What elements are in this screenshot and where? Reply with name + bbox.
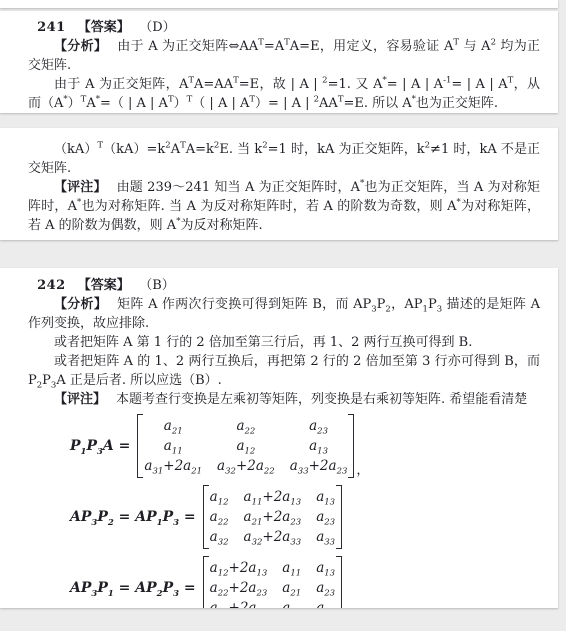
solution-242-card: 242【答案】（B） 【分析】矩阵 A 作两次行变换可得到矩阵 B，而 AP3P…: [0, 268, 558, 608]
matrix-cell: a31+2a21: [144, 456, 202, 476]
equation-p1p3a: P1P3A = a21 a22 a23 a11 a12 a13 a31+2a21…: [70, 414, 540, 478]
matrix-cell: a11: [282, 558, 301, 578]
matrix-cell: a32+2a33: [210, 598, 268, 608]
matrix-cell: a32+2a22: [217, 456, 275, 476]
analysis-label-242: 【分析】: [54, 297, 107, 312]
matrix-cell: a23: [316, 507, 335, 527]
previous-card-edge: [0, 0, 558, 8]
matrix-cell: a12: [210, 487, 229, 507]
analysis-242-paragraph-1: 【分析】矩阵 A 作两次行变换可得到矩阵 B，而 AP3P2，AP1P3 描述的…: [28, 295, 540, 333]
analysis-241-text-2: 由于 A 为正交矩阵，ATA=AAT=E，故 | A | 2=1. 又 A*= …: [28, 77, 540, 111]
equation-2-lhs: AP3P2 = AP1P3 =: [70, 509, 196, 525]
matrix-cell: a33+2a23: [290, 456, 348, 476]
equation-1-lhs: P1P3A =: [70, 438, 130, 454]
matrix-cell: a13: [316, 487, 335, 507]
analysis-241-paragraph-1: 【分析】由于 A 为正交矩阵⇔AAT=ATA=E，用定义，容易验证 AT 与 A…: [28, 37, 540, 75]
remark-label-241: 【评注】: [54, 180, 107, 195]
solution-241-header: 241【答案】（D）: [28, 18, 540, 37]
solution-242-header: 242【答案】（B）: [28, 276, 540, 295]
analysis-242-paragraph-2: 或者把矩阵 A 第 1 行的 2 倍加至第三行后，再 1、2 两行互换可得到 B…: [28, 333, 540, 352]
analysis-241-paragraph-2: 由于 A 为正交矩阵，ATA=AAT=E，故 | A | 2=1. 又 A*= …: [28, 75, 540, 113]
analysis-242-text-2: 或者把矩阵 A 第 1 行的 2 倍加至第三行后，再 1、2 两行互换可得到 B…: [54, 335, 472, 350]
matrix-cell: a12+2a13: [210, 558, 268, 578]
answer-label-242: 【答案】: [78, 278, 130, 293]
remark-242-text: 本题考查行变换是左乘初等矩阵，列变换是右乘初等矩阵. 希望能看清楚: [116, 392, 527, 407]
answer-value-242: （B）: [146, 278, 175, 293]
matrix-cell: a21: [282, 578, 301, 598]
equation-3-lhs: AP3P1 = AP2P3 =: [70, 580, 196, 596]
answer-label-241: 【答案】: [78, 20, 130, 35]
problem-number-242: 242: [37, 278, 66, 293]
matrix-equations: P1P3A = a21 a22 a23 a11 a12 a13 a31+2a21…: [70, 414, 540, 608]
matrix-cell: a32: [210, 527, 229, 547]
equation-ap3p1: AP3P1 = AP2P3 = a12+2a13 a11 a13 a22+2a2…: [70, 556, 540, 608]
answer-value-241: （D）: [146, 20, 176, 35]
equation-1-matrix: a21 a22 a23 a11 a12 a13 a31+2a21 a32+2a2…: [137, 414, 354, 478]
remark-241-paragraph-2: 【评注】由题 239～241 知当 A 为正交矩阵时，A*也为正交矩阵，当 A …: [28, 178, 540, 235]
matrix-cell: a13: [316, 558, 335, 578]
equation-1-trailing-comma: ，: [356, 459, 369, 478]
equation-3-matrix: a12+2a13 a11 a13 a22+2a23 a21 a23 a32+2a…: [203, 556, 342, 608]
matrix-cell: a33: [316, 527, 335, 547]
matrix-cell: a22: [210, 507, 229, 527]
matrix-cell: a21+2a23: [244, 507, 302, 527]
remark-242-paragraph: 【评注】本题考查行变换是左乘初等矩阵，列变换是右乘初等矩阵. 希望能看清楚: [28, 390, 540, 409]
problem-number-241: 241: [37, 20, 66, 35]
matrix-cell: a22+2a23: [210, 578, 268, 598]
matrix-cell: a31: [282, 598, 301, 608]
matrix-cell: a13: [290, 436, 348, 456]
analysis-label-241: 【分析】: [54, 39, 107, 54]
ka-orthogonality-text: （kA）T（kA）=k2ATA=k2E. 当 k2=1 时，kA 为正交矩阵，k…: [28, 142, 540, 176]
analysis-242-paragraph-3: 或者把矩阵 A 的 1、2 两行互换后，再把第 2 行的 2 倍加至第 3 行亦…: [28, 352, 540, 390]
matrix-cell: a11: [144, 436, 202, 456]
matrix-cell: a12: [217, 436, 275, 456]
solution-241-card: 241【答案】（D） 【分析】由于 A 为正交矩阵⇔AAT=ATA=E，用定义，…: [0, 11, 558, 113]
matrix-cell: a11+2a13: [244, 487, 302, 507]
analysis-242-text-3: 或者把矩阵 A 的 1、2 两行互换后，再把第 2 行的 2 倍加至第 3 行亦…: [28, 354, 540, 388]
matrix-cell: a22: [217, 416, 275, 436]
remark-241-paragraph-1: （kA）T（kA）=k2ATA=k2E. 当 k2=1 时，kA 为正交矩阵，k…: [28, 140, 540, 178]
equation-ap3p2: AP3P2 = AP1P3 = a12 a11+2a13 a13 a22 a21…: [70, 485, 540, 549]
matrix-cell: a21: [144, 416, 202, 436]
equation-2-matrix: a12 a11+2a13 a13 a22 a21+2a23 a23 a32 a3…: [203, 485, 342, 549]
matrix-cell: a23: [290, 416, 348, 436]
solution-241-remark-card: （kA）T（kA）=k2ATA=k2E. 当 k2=1 时，kA 为正交矩阵，k…: [0, 128, 558, 240]
matrix-cell: a32+2a33: [244, 527, 302, 547]
matrix-cell: a23: [316, 578, 335, 598]
matrix-cell: a33: [316, 598, 335, 608]
remark-label-242: 【评注】: [54, 392, 106, 407]
